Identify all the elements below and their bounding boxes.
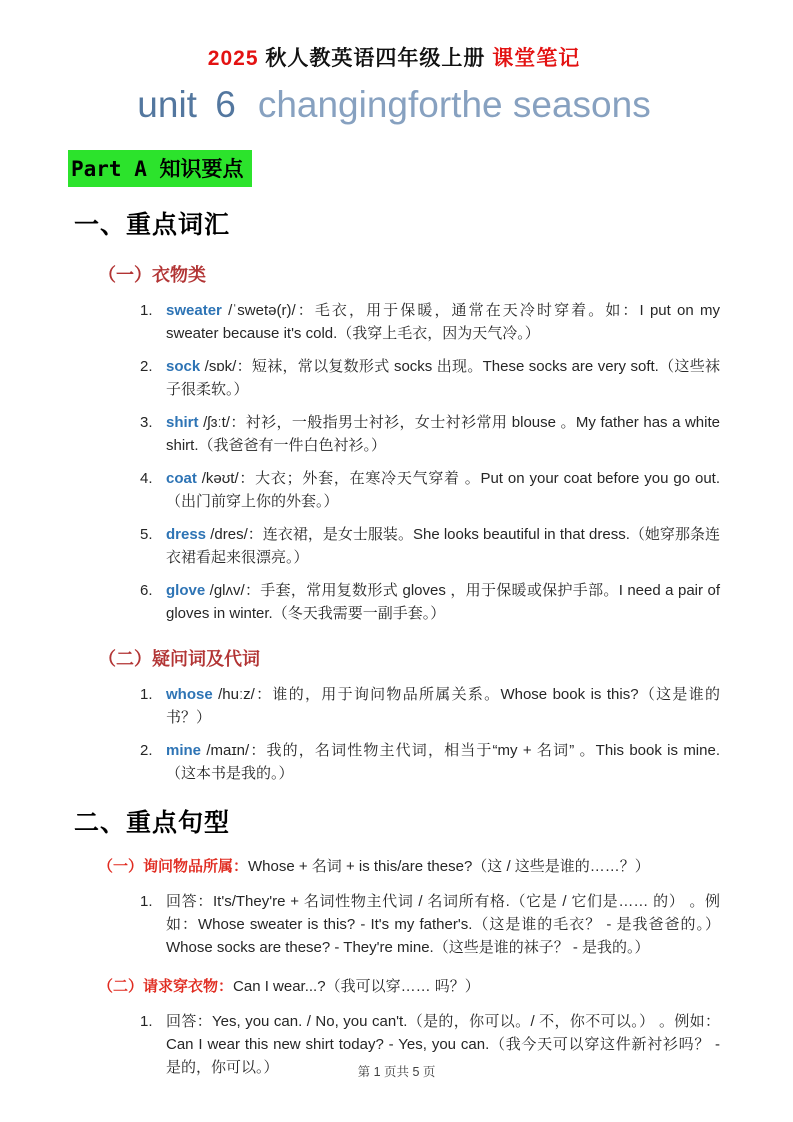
vocab-item-glove: 6. glove /glʌv/：手套，常用复数形式 gloves ，用于保暖或保… xyxy=(140,579,720,625)
keyword-coat: coat xyxy=(166,470,197,487)
item-definition: /dres/：连衣裙，是女士服装。She looks beautiful in … xyxy=(166,526,720,566)
item-text: whose /huːz/：谁的，用于询问物品所属关系。Whose book is… xyxy=(166,683,720,729)
pattern-heading-text: Can I wear...?（我可以穿…… 吗？） xyxy=(233,978,480,995)
keyword-sweater: sweater xyxy=(166,302,222,319)
clothing-word-list: 1. sweater /ˈswetə(r)/：毛衣，用于保暖，通常在天冷时穿着。… xyxy=(68,299,720,625)
item-text: sweater /ˈswetə(r)/：毛衣，用于保暖，通常在天冷时穿着。如：I… xyxy=(166,299,720,345)
item-text: 回答：It's/They're + 名词性物主代词 / 名词所有格.（它是 / … xyxy=(166,890,720,959)
keyword-glove: glove xyxy=(166,582,205,599)
subsection-pronouns-heading: （二）疑问词及代词 xyxy=(98,645,720,671)
item-text: coat /kəʊt/：大衣；外套，在寒冷天气穿着 。Put on your c… xyxy=(166,467,720,513)
keyword-shirt: shirt xyxy=(166,414,199,431)
item-definition: /kəʊt/：大衣；外套，在寒冷天气穿着 。Put on your coat b… xyxy=(166,470,720,510)
item-number: 4. xyxy=(140,467,166,513)
vocab-item-sock: 2. sock /sɒk/：短袜，常以复数形式 socks 出现。These s… xyxy=(140,355,720,401)
pronoun-word-list: 1. whose /huːz/：谁的，用于询问物品所属关系。Whose book… xyxy=(68,683,720,785)
pattern-answer-ownership: 1. 回答：It's/They're + 名词性物主代词 / 名词所有格.（它是… xyxy=(140,890,720,959)
vocab-item-dress: 5. dress /dres/：连衣裙，是女士服装。She looks beau… xyxy=(140,523,720,569)
part-a-badge: Part A 知识要点 xyxy=(68,150,252,187)
doc-title-course: 秋人教英语四年级上册 xyxy=(265,47,485,70)
pattern-heading-wear-request: （二）请求穿衣物：Can I wear...?（我可以穿…… 吗？） xyxy=(98,975,720,998)
subsection-clothing-heading: （一）衣物类 xyxy=(98,261,720,287)
doc-title: 2025 秋人教英语四年级上册 课堂笔记 xyxy=(68,42,720,72)
vocab-item-sweater: 1. sweater /ˈswetə(r)/：毛衣，用于保暖，通常在天冷时穿着。… xyxy=(140,299,720,345)
keyword-sock: sock xyxy=(166,358,200,375)
pattern-heading-label: （二）请求穿衣物： xyxy=(98,978,233,995)
item-number: 3. xyxy=(140,411,166,457)
keyword-whose: whose xyxy=(166,686,213,703)
item-definition: /ʃɜːt/：衬衫，一般指男士衬衫，女士衬衫常用 blouse 。My fath… xyxy=(166,414,720,454)
item-number: 1. xyxy=(140,683,166,729)
pattern-heading-ownership: （一）询问物品所属：Whose + 名词 + is this/are these… xyxy=(98,855,720,878)
section-title-vocab: 一、重点词汇 xyxy=(74,205,720,241)
unit-title: unit 6changingforthe seasons xyxy=(68,84,720,126)
item-number: 5. xyxy=(140,523,166,569)
item-number: 2. xyxy=(140,355,166,401)
section-title-sentences: 二、重点句型 xyxy=(74,803,720,839)
unit-title-text: changingforthe seasons xyxy=(258,84,651,125)
item-definition: /maɪn/：我的，名词性物主代词，相当于“my + 名词” 。This boo… xyxy=(166,742,720,782)
vocab-item-coat: 4. coat /kəʊt/：大衣；外套，在寒冷天气穿着 。Put on you… xyxy=(140,467,720,513)
doc-title-subtitle: 课堂笔记 xyxy=(492,47,580,70)
document-page: 2025 秋人教英语四年级上册 课堂笔记 unit 6changingforth… xyxy=(0,0,793,1122)
item-number: 2. xyxy=(140,739,166,785)
keyword-mine: mine xyxy=(166,742,201,759)
item-number: 1. xyxy=(140,890,166,959)
pattern-heading-text: Whose + 名词 + is this/are these?（这 / 这些是谁… xyxy=(248,858,650,875)
pattern-heading-label: （一）询问物品所属： xyxy=(98,858,248,875)
item-text: sock /sɒk/：短袜，常以复数形式 socks 出现。These sock… xyxy=(166,355,720,401)
vocab-item-mine: 2. mine /maɪn/：我的，名词性物主代词，相当于“my + 名词” 。… xyxy=(140,739,720,785)
page-number: 第 1 页共 5 页 xyxy=(0,1062,793,1080)
item-number: 6. xyxy=(140,579,166,625)
vocab-item-shirt: 3. shirt /ʃɜːt/：衬衫，一般指男士衬衫，女士衬衫常用 blouse… xyxy=(140,411,720,457)
doc-title-year: 2025 xyxy=(208,47,259,70)
item-definition: /huːz/：谁的，用于询问物品所属关系。Whose book is this?… xyxy=(166,686,720,726)
item-definition: /sɒk/：短袜，常以复数形式 socks 出现。These socks are… xyxy=(166,358,720,398)
item-definition: /glʌv/：手套，常用复数形式 gloves ，用于保暖或保护手部。I nee… xyxy=(166,582,720,622)
unit-title-number: unit 6 xyxy=(137,84,236,125)
item-number: 1. xyxy=(140,299,166,345)
item-text: dress /dres/：连衣裙，是女士服装。She looks beautif… xyxy=(166,523,720,569)
item-text: glove /glʌv/：手套，常用复数形式 gloves ，用于保暖或保护手部… xyxy=(166,579,720,625)
item-definition: /ˈswetə(r)/：毛衣，用于保暖，通常在天冷时穿着。如：I put on … xyxy=(166,302,720,342)
item-text: shirt /ʃɜːt/：衬衫，一般指男士衬衫，女士衬衫常用 blouse 。M… xyxy=(166,411,720,457)
vocab-item-whose: 1. whose /huːz/：谁的，用于询问物品所属关系。Whose book… xyxy=(140,683,720,729)
keyword-dress: dress xyxy=(166,526,206,543)
item-text: mine /maɪn/：我的，名词性物主代词，相当于“my + 名词” 。Thi… xyxy=(166,739,720,785)
